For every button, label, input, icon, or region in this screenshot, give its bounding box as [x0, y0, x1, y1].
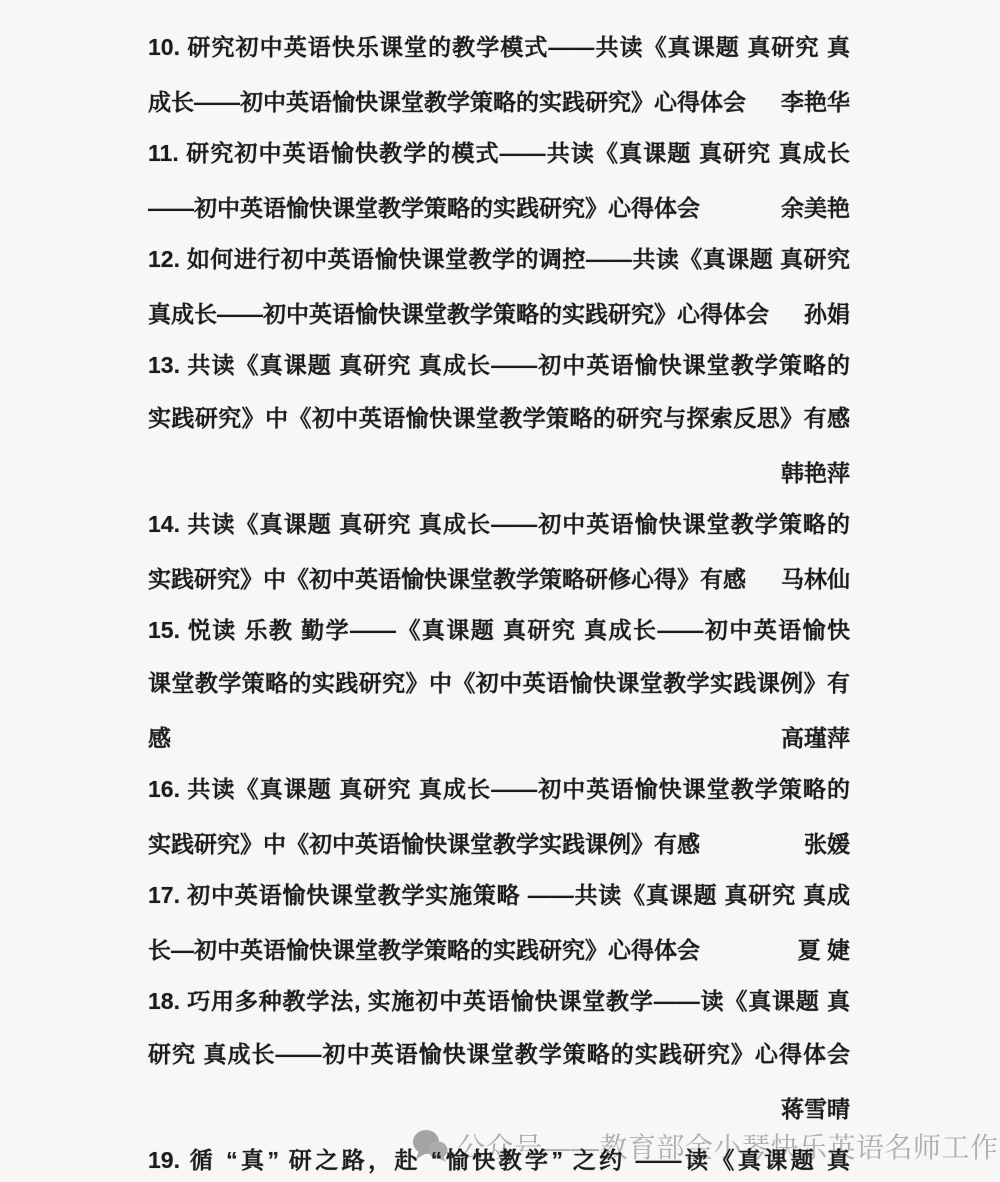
entry-line: 成长——初中英语愉快课堂教学策略的实践研究》心得体会李艳华: [148, 74, 850, 127]
entry-text: 长—初中英语愉快课堂教学策略的实践研究》心得体会: [148, 932, 700, 965]
author-name: 马林仙: [781, 561, 850, 594]
entry-text: 真成长——初中英语愉快课堂教学策略的实践研究》心得体会: [148, 296, 769, 329]
author-name: 李艳华: [781, 84, 850, 117]
author-name: 韩艳萍: [781, 455, 850, 488]
entry-line: 15. 悦读 乐教 勤学——《真课题 真研究 真成长——初中英语愉快: [148, 604, 850, 657]
entry-text: 18. 巧用多种教学法, 实施初中英语愉快课堂教学——读《真课题 真: [148, 988, 850, 1014]
entry-line: 12. 如何进行初中英语愉快课堂教学的调控——共读《真课题 真研究: [148, 233, 850, 286]
entry-line: 10. 研究初中英语快乐课堂的教学模式——共读《真课题 真研究 真: [148, 21, 850, 74]
document-page: { "page": { "background": "#f7f7f5", "te…: [0, 0, 1000, 1182]
author-name: 高瑾萍: [781, 720, 850, 753]
entry-line: 16. 共读《真课题 真研究 真成长——初中英语愉快课堂教学策略的: [148, 763, 850, 816]
entry-line: 17. 初中英语愉快课堂教学实施策略 ——共读《真课题 真研究 真成: [148, 869, 850, 922]
entry-line: 实践研究》中《初中英语愉快课堂教学策略的研究与探索反思》有感: [148, 392, 850, 445]
scanned-document: 公众号——教育部金小琴快乐英语名师工作室 10. 研究初中英语快乐课堂的教学模式…: [0, 0, 1000, 1182]
entry-text: ——初中英语愉快课堂教学策略的实践研究》心得体会: [148, 190, 700, 223]
entry-text: 成长——初中英语愉快课堂教学策略的实践研究》心得体会: [148, 84, 746, 117]
entry-text: 实践研究》中《初中英语愉快课堂教学策略研修心得》有感: [148, 561, 746, 594]
entry-text: 10. 研究初中英语快乐课堂的教学模式——共读《真课题 真研究 真: [148, 34, 850, 60]
entry-text: 课堂教学策略的实践研究》中《初中英语愉快课堂教学实践课例》有: [148, 670, 850, 696]
entry-line: 长—初中英语愉快课堂教学策略的实践研究》心得体会夏 婕: [148, 922, 850, 975]
author-name: 余美艳: [781, 190, 850, 223]
entry-text: 13. 共读《真课题 真研究 真成长——初中英语愉快课堂教学策略的: [148, 352, 850, 378]
entry-text: 感: [148, 720, 171, 753]
entry-line: 11. 研究初中英语愉快教学的模式——共读《真课题 真研究 真成长: [148, 127, 850, 180]
entry-text: 研究 真成长——初中英语愉快课堂教学策略的实践研究》心得体会: [148, 1041, 850, 1067]
author-name: 蒋雪晴: [781, 1091, 850, 1124]
entry-line: ——初中英语愉快课堂教学策略的实践研究》心得体会余美艳: [148, 180, 850, 233]
entry-line: 19. 循 “真” 研之路，赴 “愉快教学” 之约 ——读《真课题 真: [148, 1134, 850, 1182]
entry-line: 真成长——初中英语愉快课堂教学策略的实践研究》心得体会孙娟: [148, 286, 850, 339]
entry-line: 课堂教学策略的实践研究》中《初中英语愉快课堂教学实践课例》有: [148, 657, 850, 710]
entry-text: 11. 研究初中英语愉快教学的模式——共读《真课题 真研究 真成长: [148, 140, 850, 166]
entry-text: 19. 循 “真” 研之路，赴 “愉快教学” 之约 ——读《真课题 真: [148, 1147, 850, 1173]
entry-text: 15. 悦读 乐教 勤学——《真课题 真研究 真成长——初中英语愉快: [148, 617, 850, 643]
entry-text: 实践研究》中《初中英语愉快课堂教学策略的研究与探索反思》有感: [148, 405, 850, 431]
entry-line: 13. 共读《真课题 真研究 真成长——初中英语愉快课堂教学策略的: [148, 339, 850, 392]
entry-text: 14. 共读《真课题 真研究 真成长——初中英语愉快课堂教学策略的: [148, 511, 850, 537]
entry-line: 14. 共读《真课题 真研究 真成长——初中英语愉快课堂教学策略的: [148, 498, 850, 551]
entry-line: 感高瑾萍: [148, 710, 850, 763]
author-name: 夏 婕: [798, 932, 850, 965]
entry-line: 18. 巧用多种教学法, 实施初中英语愉快课堂教学——读《真课题 真: [148, 975, 850, 1028]
entry-line: 研究 真成长——初中英语愉快课堂教学策略的实践研究》心得体会: [148, 1028, 850, 1081]
entry-text: 16. 共读《真课题 真研究 真成长——初中英语愉快课堂教学策略的: [148, 776, 850, 802]
author-name: 张媛: [804, 826, 850, 859]
entry-line: 实践研究》中《初中英语愉快课堂教学策略研修心得》有感马林仙: [148, 551, 850, 604]
entry-text: 12. 如何进行初中英语愉快课堂教学的调控——共读《真课题 真研究: [148, 246, 850, 272]
entry-line: 实践研究》中《初中英语愉快课堂教学实践课例》有感张媛: [148, 816, 850, 869]
document-text-block: 10. 研究初中英语快乐课堂的教学模式——共读《真课题 真研究 真 成长——初中…: [148, 21, 850, 1182]
author-name: 孙娟: [804, 296, 850, 329]
entry-text: 17. 初中英语愉快课堂教学实施策略 ——共读《真课题 真研究 真成: [148, 882, 850, 908]
entry-line: 蒋雪晴: [148, 1081, 850, 1134]
entry-text: 实践研究》中《初中英语愉快课堂教学实践课例》有感: [148, 826, 700, 859]
entry-line: 韩艳萍: [148, 445, 850, 498]
